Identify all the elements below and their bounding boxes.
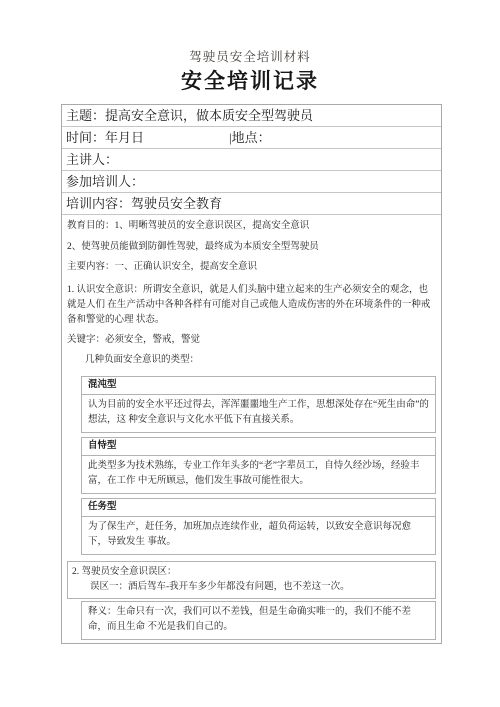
time-label: 时间：年月日 [66, 129, 229, 146]
misconception-box: 2. 驾驶员安全意识误区： 误区一：酒后驾车-我开车多少年都没有问题，也不差这一… [67, 561, 436, 599]
type-block-overconfident: 自恃型 此类型多为技术熟练，专业工作年头多的“老”字辈员工，自恃久经沙场，经验丰… [81, 437, 436, 494]
participants-row: 参加培训人： [62, 171, 441, 193]
type-desc-overconfident: 此类型多为技术熟练，专业工作年头多的“老”字辈员工，自恃久经沙场，经验丰富，在工… [82, 456, 435, 493]
education-purpose-line-2: 2、使驾驶员能做到防御性驾驶，最终成为本质安全型驾驶员 [67, 242, 436, 254]
education-purpose-line-1: 教育目的：1、明晰驾驶员的安全意识误区，提高安全意识 [67, 221, 436, 233]
document-subtitle: 驾驶员安全培训材料 [0, 50, 500, 64]
time-location-row: 时间：年月日 |地点： [62, 127, 441, 149]
location-label: |地点： [229, 129, 437, 146]
speaker-row: 主讲人： [62, 149, 441, 171]
type-name-task-driven: 任务型 [82, 499, 435, 517]
misconception-one: 误区一：酒后驾车-我开车多少年都没有问题，也不差这一次。 [72, 580, 431, 595]
type-name-chaotic: 混沌型 [82, 377, 435, 395]
training-content-body: 教育目的：1、明晰驾驶员的安全意识误区，提高安全意识 2、使驾驶员能做到防御性驾… [62, 215, 441, 643]
misconception-heading: 2. 驾驶员安全意识误区： [72, 565, 431, 580]
document-page: 驾驶员安全培训材料 安全培训记录 主题：提高安全意识，做本质安全型驾驶员 时间：… [0, 0, 500, 707]
type-block-task-driven: 任务型 为了保生产，赶任务，加班加点连续作业，超负荷运转，以致安全意识每况愈下，… [81, 498, 436, 555]
main-content-heading: 主要内容：一、正确认识安全，提高安全意识 [67, 262, 436, 274]
type-desc-chaotic: 认为目前的安全水平还过得去，浑浑噩噩地生产工作，思想深处存在“死生由命”的想法，… [82, 395, 435, 432]
negative-types-intro: 几种负面安全意识的类型： [67, 355, 436, 367]
topic-row: 主题：提高安全意识，做本质安全型驾驶员 [62, 105, 441, 127]
safety-awareness-paragraph: 1. 认识安全意识：所谓安全意识，就是人们头脑中建立起来的生产必须安全的观念，也… [67, 283, 436, 328]
training-record-table: 主题：提高安全意识，做本质安全型驾驶员 时间：年月日 |地点： 主讲人： 参加培… [61, 104, 442, 644]
type-block-chaotic: 混沌型 认为目前的安全水平还过得去，浑浑噩噩地生产工作，思想深处存在“死生由命”… [81, 376, 436, 433]
type-name-overconfident: 自恃型 [82, 438, 435, 456]
document-title: 安全培训记录 [0, 70, 500, 93]
type-desc-task-driven: 为了保生产，赶任务，加班加点连续作业，超负荷运转，以致安全意识每况愈下，导致发生… [82, 517, 435, 554]
training-content-row: 培训内容：驾驶员安全教育 [62, 193, 441, 215]
keywords-line: 关键字：必须安全，警戒，警觉 [67, 335, 436, 347]
interpretation-box: 释义：生命只有一次，我们可以不差钱，但是生命确实唯一的，我们不能不差命，而且生命… [81, 601, 436, 640]
interpretation-text: 释义：生命只有一次，我们可以不差钱，但是生命确实唯一的，我们不能不差命，而且生命… [88, 605, 429, 635]
